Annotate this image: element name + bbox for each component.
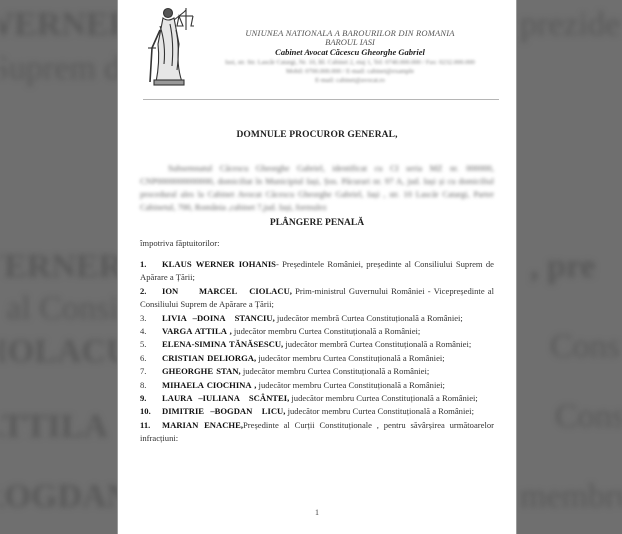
header-divider — [143, 99, 499, 100]
redacted-paragraph: Subsemnatul Căcescu Gheorghe Gabriel, id… — [140, 162, 494, 214]
item-number: 4. — [140, 325, 162, 338]
accused-name: MIHAELA CIOCHINA , — [162, 380, 256, 390]
item-number: 2. — [140, 285, 162, 298]
accused-role: judecător membru Curtea Constituțională … — [241, 366, 430, 376]
bg-fragment: , pre — [530, 250, 595, 284]
document-page: UNIUNEA NATIONALA A BAROURILOR DIN ROMAN… — [118, 0, 516, 534]
item-number: 1. — [140, 258, 162, 271]
accused-name: LAURA –IULIANA SCÂNTEI, — [162, 393, 289, 403]
bg-fragment: prezidente — [520, 8, 622, 42]
accused-role: judecător membru Curtea Constituțională … — [289, 393, 478, 403]
accused-list-item: 2.ION MARCEL CIOLACU, Prim-ministrul Guv… — [140, 285, 494, 312]
bg-fragment: membru — [520, 480, 622, 514]
contact-line: Mobil: 0700.000.000 / E-mail: cabinet@ex… — [198, 67, 502, 76]
accused-name: ELENA-SIMINA TĂNĂSESCU, — [162, 339, 283, 349]
item-number: 5. — [140, 338, 162, 351]
justice-statue-logo — [146, 4, 194, 86]
accused-list-item: 9.LAURA –IULIANA SCÂNTEI, judecător memb… — [140, 392, 494, 405]
law-office-name: Cabinet Avocat Căcescu Gheorghe Gabriel — [198, 47, 502, 58]
bg-fragment: Constituțională — [555, 400, 622, 434]
accused-role: judecător membru Curtea Constituțională … — [256, 353, 445, 363]
accused-name: VARGA ATTILA , — [162, 326, 232, 336]
bg-fragment: ATTILA — [0, 410, 108, 444]
item-number: 6. — [140, 352, 162, 365]
page-number: 1 — [118, 508, 516, 517]
accused-name: CRISTIAN DELIORGA, — [162, 353, 256, 363]
accused-name: ION MARCEL CIOLACU, — [162, 286, 292, 296]
item-number: 7. — [140, 365, 162, 378]
accused-name: MARIAN ENACHE, — [162, 420, 243, 430]
accused-name: DIMITRIE –BOGDAN LICU, — [162, 406, 285, 416]
accused-role: judecător membru Curtea Constituțională … — [256, 380, 445, 390]
item-number: 10. — [140, 405, 162, 418]
accused-role: judecător membru Curtea Constituțională … — [232, 326, 421, 336]
accused-list-item: 11.MARIAN ENACHE,Președinte al Curții Co… — [140, 419, 494, 446]
accused-role: judecător membră Curtea Constituțională … — [275, 313, 463, 323]
item-number: 8. — [140, 379, 162, 392]
item-number: 9. — [140, 392, 162, 405]
accused-list-item: 7.GHEORGHE STAN, judecător membru Curtea… — [140, 365, 494, 378]
bar-name: BAROUL IASI — [198, 38, 502, 47]
accused-name: LIVIA –DOINA STANCIU, — [162, 313, 275, 323]
bg-fragment: ROGDAN — [0, 480, 131, 514]
letterhead: UNIUNEA NATIONALA A BAROURILOR DIN ROMAN… — [198, 28, 502, 85]
accused-list-item: 5.ELENA-SIMINA TĂNĂSESCU, judecător memb… — [140, 338, 494, 351]
accused-list: 1.KLAUS WERNER IOHANIS- Președintele Rom… — [140, 258, 494, 446]
accused-role: judecător membru Curtea Constituțională … — [285, 406, 474, 416]
document-subtitle: PLÂNGERE PENALĂ — [118, 218, 516, 228]
against-label: împotriva făptuitorilor: — [140, 238, 219, 248]
accused-list-item: 3.LIVIA –DOINA STANCIU, judecător membră… — [140, 312, 494, 325]
item-number: 3. — [140, 312, 162, 325]
item-number: 11. — [140, 419, 162, 432]
bg-fragment: Constituțională — [550, 330, 622, 364]
accused-list-item: 6.CRISTIAN DELIORGA, judecător membru Cu… — [140, 352, 494, 365]
contact-line: E-mail: cabinet@avocat.ro — [198, 76, 502, 85]
accused-list-item: 1.KLAUS WERNER IOHANIS- Președintele Rom… — [140, 258, 494, 285]
accused-list-item: 10.DIMITRIE –BOGDAN LICU, judecător memb… — [140, 405, 494, 418]
bg-fragment: CIOLACU — [0, 335, 131, 369]
contact-line: Iasi, str. Str. Lascăr Catargi, Nr. 10, … — [198, 58, 502, 67]
document-title: DOMNULE PROCUROR GENERAL, — [118, 130, 516, 140]
accused-list-item: 4.VARGA ATTILA , judecător membru Curtea… — [140, 325, 494, 338]
accused-name: GHEORGHE STAN, — [162, 366, 241, 376]
accused-role: judecător membră Curtea Constituțională … — [283, 339, 471, 349]
accused-list-item: 8.MIHAELA CIOCHINA , judecător membru Cu… — [140, 379, 494, 392]
accused-name: KLAUS WERNER IOHANIS — [162, 259, 276, 269]
